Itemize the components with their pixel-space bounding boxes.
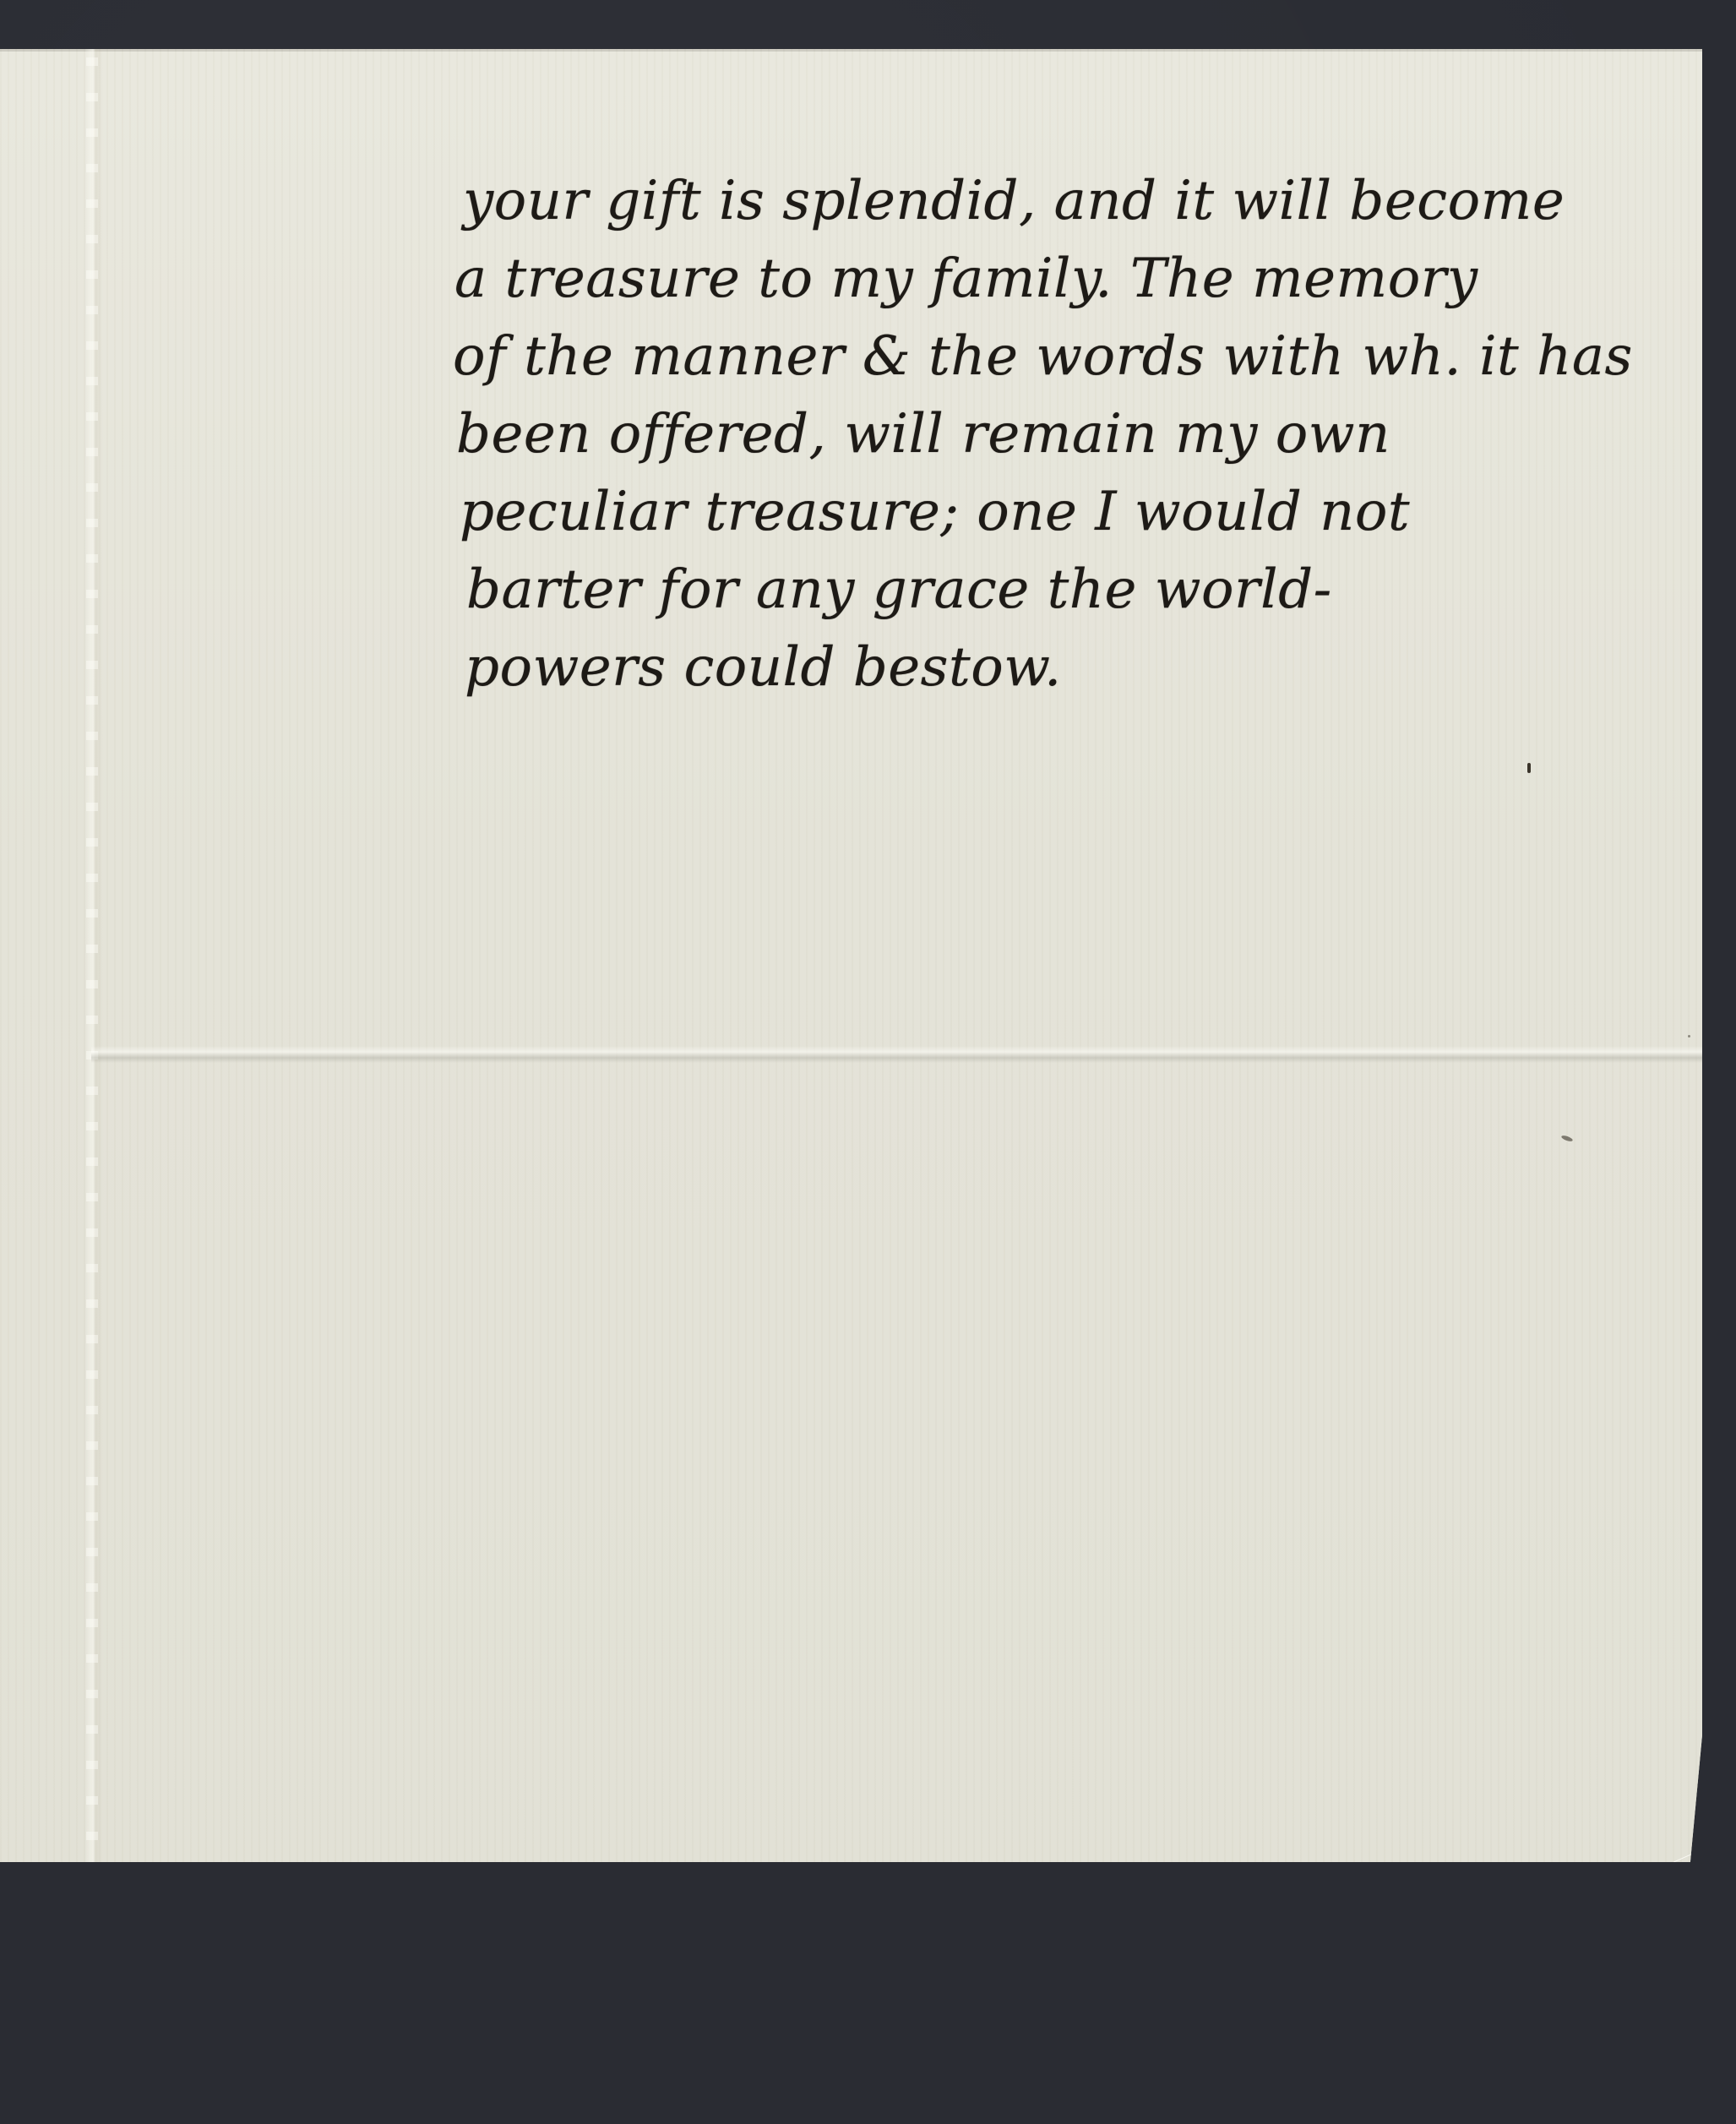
text-line: barter for any grace the world- bbox=[466, 551, 1679, 629]
text-line: peculiar treasure; one I would not bbox=[460, 473, 1679, 551]
handwritten-text-body: your gift is splendid, and it will becom… bbox=[463, 162, 1679, 706]
horizontal-fold-crease bbox=[91, 1046, 1702, 1063]
binding-edge-marks bbox=[86, 57, 98, 1854]
text-line: powers could bestow. bbox=[465, 629, 1679, 706]
text-line: a treasure to my family. The memory bbox=[454, 240, 1679, 318]
text-line: your gift is splendid, and it will becom… bbox=[463, 162, 1679, 240]
ink-speck bbox=[1527, 763, 1531, 773]
text-line: of the manner & the words with wh. it ha… bbox=[453, 318, 1679, 395]
text-line: been offered, will remain my own bbox=[456, 395, 1679, 473]
ink-speck bbox=[1688, 1035, 1690, 1037]
